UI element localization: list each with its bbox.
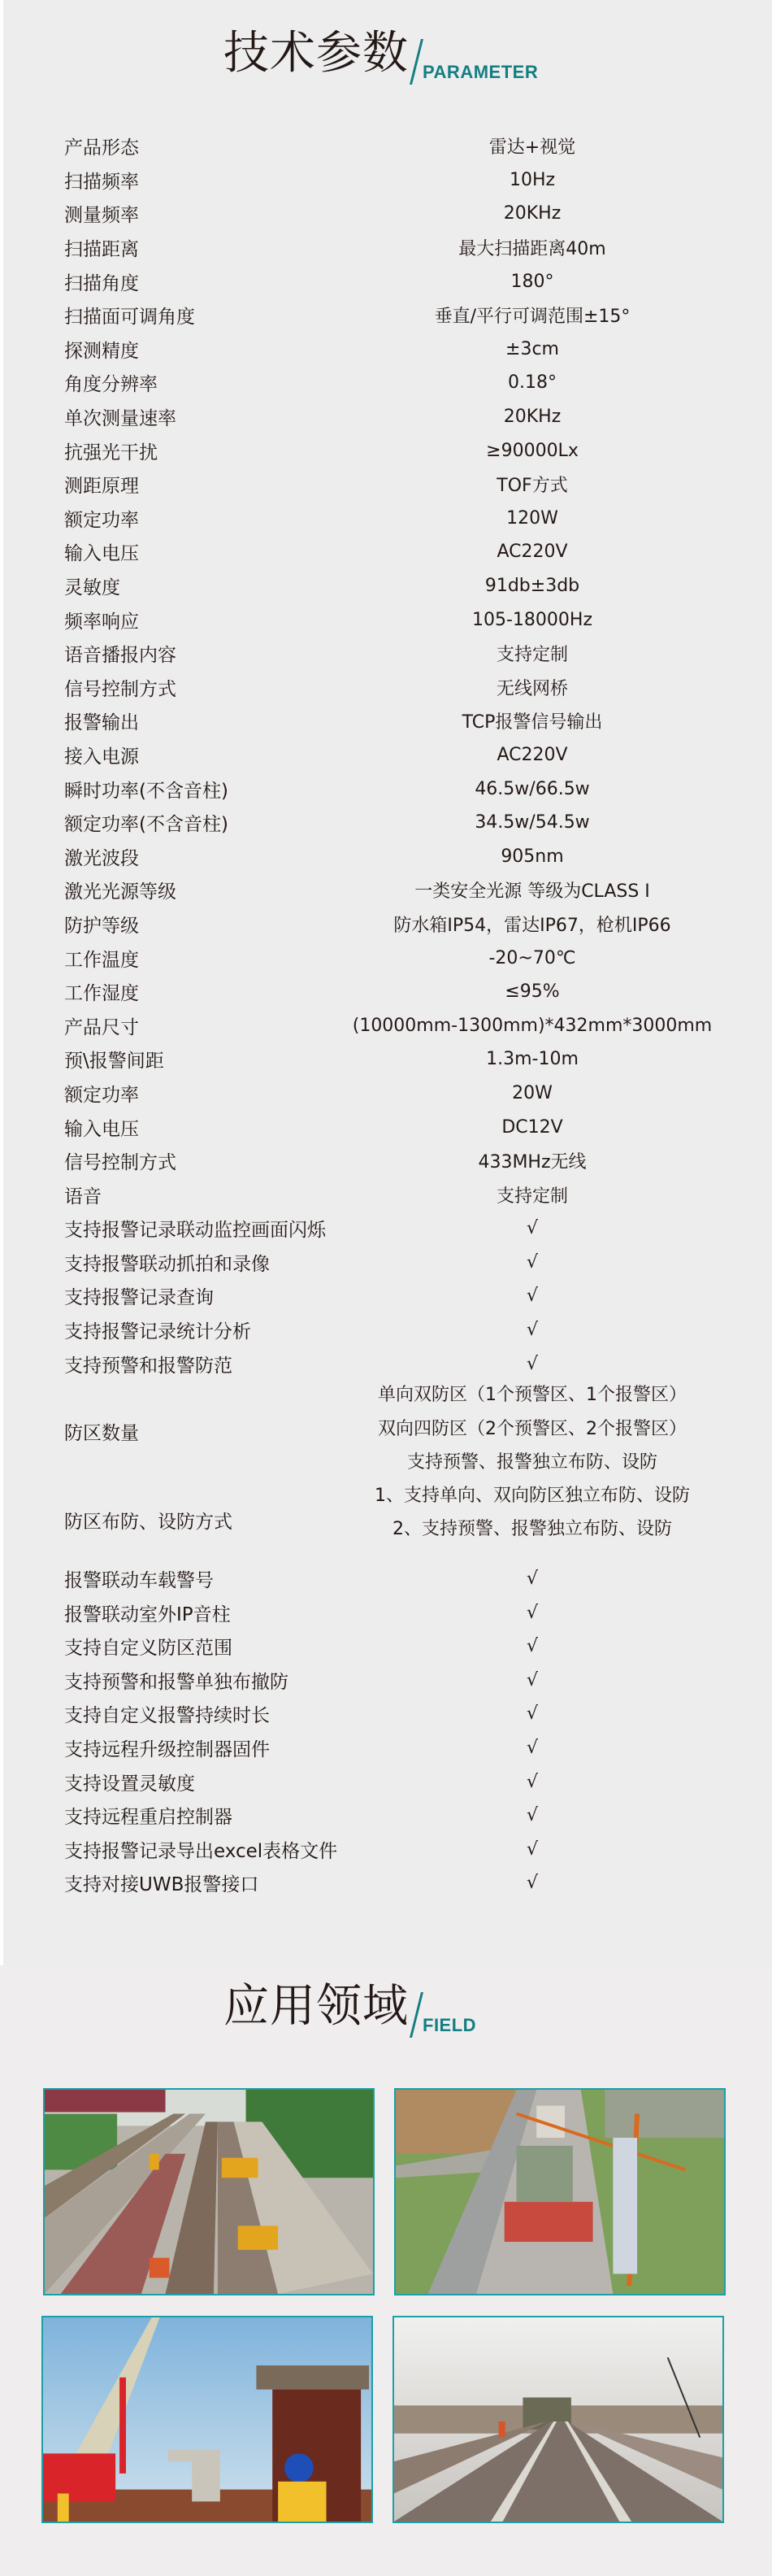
param-row: 报警联动室外IP音柱√ [0,1595,772,1630]
param-row: 支持自定义报警持续时长√ [0,1697,772,1731]
param-row: 语音支持定制 [0,1177,772,1212]
param-row: 支持设置灵敏度√ [0,1764,772,1799]
param-row: 支持报警联动抓拍和录像√ [0,1246,772,1280]
check-mark-icon: √ [288,1772,772,1792]
param-row: 测距原理TOF方式 [0,468,772,502]
param-label: 激光波段 [64,843,139,870]
param-label: 额定功率 [64,1080,139,1107]
param-label: 扫描距离 [64,234,139,261]
check-mark-icon: √ [288,1738,772,1758]
param-label: 信号控制方式 [64,674,176,701]
param-row: 瞬时功率(不含音柱)46.5w/66.5w [0,772,772,806]
param-row: 输入电压AC220V [0,535,772,569]
param-label: 扫描面可调角度 [64,302,195,329]
param-row: 报警联动车载警号√ [0,1562,772,1596]
param-row: 扫描频率10Hz [0,163,772,198]
param-row: 探测精度±3cm [0,333,772,367]
param-row: 支持对接UWB报警接口√ [0,1866,772,1900]
param-label: 产品尺寸 [64,1012,139,1039]
param-value-line: 支持预警、报警独立布防、设防 [288,1446,772,1480]
param-value: 20KHz [288,407,772,427]
param-value: 10Hz [288,170,772,190]
param-label: 支持预警和报警单独布撤防 [64,1667,288,1694]
param-value: 一类安全光源 等级为CLASS I [288,877,772,903]
field-title-en: FIELD [423,2017,476,2034]
check-mark-icon: √ [288,1354,772,1374]
param-value-line: 1、支持单向、双向防区独立布防、设防 [288,1479,772,1513]
param-row: 信号控制方式无线网桥 [0,671,772,705]
param-row: 输入电压DC12V [0,1110,772,1144]
param-value: 20W [288,1083,772,1103]
param-value: 支持定制 [288,1182,772,1207]
param-value: 20KHz [288,203,772,224]
param-label: 报警联动车载警号 [64,1565,214,1592]
param-value: 433MHz无线 [288,1148,772,1173]
param-label: 报警输出 [64,707,139,734]
param-label: 输入电压 [64,538,139,565]
param-row: 激光光源等级一类安全光源 等级为CLASS I [0,873,772,907]
param-row: 支持预警和报警防范√ [0,1347,772,1381]
param-row: 支持报警记录查询√ [0,1279,772,1313]
param-label: 抗强光干扰 [64,437,158,464]
param-label: 语音播报内容 [64,640,176,667]
param-row: 支持远程升级控制器固件√ [0,1731,772,1765]
param-row: 额定功率120W [0,502,772,536]
param-value: 105-18000Hz [288,610,772,630]
param-row: 支持报警记录导出excel表格文件√ [0,1833,772,1867]
check-mark-icon: √ [288,1252,772,1273]
param-row: 产品形态雷达+视觉 [0,129,772,163]
field-photo-bridge-pier [41,2316,373,2523]
param-label: 防区布防、设防方式 [64,1507,232,1534]
param-row: 抗强光干扰≥90000Lx [0,433,772,468]
param-row: 信号控制方式433MHz无线 [0,1144,772,1178]
param-value: -20~70℃ [288,948,772,968]
param-row: 报警输出TCP报警信号输出 [0,704,772,738]
check-mark-icon: √ [288,1873,772,1893]
param-row: 预\报警间距1.3m-10m [0,1042,772,1077]
param-row: 频率响应105-18000Hz [0,603,772,637]
param-value: 最大扫描距离40m [288,235,772,260]
param-row: 支持报警记录统计分析√ [0,1313,772,1347]
param-value: ≤95% [288,981,772,1002]
check-mark-icon: √ [288,1603,772,1623]
field-photo-railway-site [43,2088,375,2295]
param-value: (10000mm-1300mm)*432mm*3000mm [288,1016,772,1036]
param-value: 91db±3db [288,576,772,596]
param-row: 语音播报内容支持定制 [0,637,772,671]
param-value: AC220V [288,745,772,765]
param-row: 激光波段905nm [0,839,772,873]
param-label: 额定功率 [64,505,139,532]
param-value: 1.3m-10m [288,1049,772,1069]
param-label: 支持远程重启控制器 [64,1802,232,1829]
param-value: 0.18° [288,372,772,393]
param-row: 额定功率(不含音柱)34.5w/54.5w [0,806,772,840]
param-value: ±3cm [288,339,772,359]
param-label: 测距原理 [64,471,139,498]
param-row: 接入电源AC220V [0,738,772,772]
param-label: 防区数量 [64,1418,139,1445]
parameters-title-cn: 技术参数 [223,31,409,76]
param-row: 额定功率20W [0,1077,772,1111]
check-mark-icon: √ [288,1286,772,1306]
param-value: 180° [288,272,772,292]
param-label: 单次测量速率 [64,403,176,430]
param-value: 防水箱IP54，雷达IP67，枪机IP66 [288,912,772,937]
param-label: 产品形态 [64,133,139,159]
param-row: 支持自定义防区范围√ [0,1630,772,1664]
param-label: 工作湿度 [64,978,139,1005]
param-label: 接入电源 [64,742,139,768]
param-value: 905nm [288,846,772,867]
param-value-line: 2、支持预警、报警独立布防、设防 [288,1512,772,1547]
param-label: 信号控制方式 [64,1147,176,1174]
check-mark-icon: √ [288,1805,772,1825]
param-label: 工作温度 [64,945,139,972]
param-row: 支持远程重启控制器√ [0,1799,772,1833]
param-value: 雷达+视觉 [288,133,772,159]
param-value-line: 单向双防区（1个预警区、1个报警区） [288,1378,772,1412]
param-label: 支持报警记录查询 [64,1282,214,1309]
param-value: ≥90000Lx [288,441,772,461]
param-value: DC12V [288,1117,772,1138]
check-mark-icon: √ [288,1670,772,1690]
param-label: 瞬时功率(不含音柱) [64,776,228,803]
param-value: 无线网桥 [288,675,772,700]
param-row: 工作温度-20~70℃ [0,941,772,975]
param-label: 支持自定义防区范围 [64,1633,232,1660]
param-label: 频率响应 [64,607,139,633]
param-row: 支持预警和报警单独布撤防√ [0,1664,772,1698]
field-title-cn: 应用领域 [223,1984,409,2030]
param-value: 垂直/平行可调范围±15° [288,302,772,328]
param-label: 扫描角度 [64,268,139,295]
param-value: TCP报警信号输出 [288,708,772,733]
param-label: 支持预警和报警防范 [64,1351,232,1377]
param-value: AC220V [288,542,772,562]
field-photo-bridge-construction [394,2088,726,2295]
param-label: 支持远程升级控制器固件 [64,1734,270,1761]
field-title: 应用领域 FIELD [223,1984,476,2030]
param-label: 预\报警间距 [64,1046,164,1073]
param-label: 角度分辨率 [64,369,158,396]
param-label: 额定功率(不含音柱) [64,809,228,836]
param-label: 防护等级 [64,911,139,938]
check-mark-icon: √ [288,1218,772,1238]
title-slash-divider [410,1992,423,2038]
param-row: 产品尺寸(10000mm-1300mm)*432mm*3000mm [0,1008,772,1042]
param-label: 支持设置灵敏度 [64,1769,195,1795]
parameters-title: 技术参数 PARAMETER [223,31,538,76]
param-row: 扫描距离最大扫描距离40m [0,231,772,265]
param-label: 支持自定义报警持续时长 [64,1700,270,1727]
param-row: 支持报警记录联动监控画面闪烁√ [0,1212,772,1246]
param-row: 测量频率20KHz [0,197,772,231]
param-value: 120W [288,508,772,529]
param-label: 支持报警联动抓拍和录像 [64,1249,270,1276]
param-value: 46.5w/66.5w [288,779,772,799]
param-value: 34.5w/54.5w [288,812,772,833]
param-label: 支持报警记录联动监控画面闪烁 [64,1215,326,1242]
param-label: 激光光源等级 [64,877,176,903]
check-mark-icon: √ [288,1320,772,1340]
param-row: 单次测量速率20KHz [0,400,772,434]
param-label: 扫描频率 [64,167,139,194]
zone-arming-row: 防区布防、设防方式 1、支持单向、双向防区独立布防、设防 2、支持预警、报警独立… [0,1482,772,1562]
param-label: 语音 [64,1181,102,1208]
param-label: 支持报警记录统计分析 [64,1316,251,1343]
param-row: 防护等级防水箱IP54，雷达IP67，枪机IP66 [0,907,772,942]
parameters-title-en: PARAMETER [423,63,538,81]
param-label: 报警联动室外IP音柱 [64,1599,231,1626]
parameter-table: 产品形态雷达+视觉扫描频率10Hz测量频率20KHz扫描距离最大扫描距离40m扫… [0,129,772,1900]
param-row: 扫描角度180° [0,264,772,298]
param-row: 工作湿度≤95% [0,975,772,1009]
param-value: TOF方式 [288,472,772,497]
param-label: 灵敏度 [64,572,120,599]
param-label: 输入电压 [64,1114,139,1141]
param-row: 角度分辨率0.18° [0,366,772,400]
check-mark-icon: √ [288,1704,772,1724]
param-value-line: 双向四防区（2个预警区、2个报警区） [288,1412,772,1447]
check-mark-icon: √ [288,1839,772,1860]
param-value: 支持定制 [288,641,772,666]
check-mark-icon: √ [288,1569,772,1589]
zone-count-row: 防区数量 单向双防区（1个预警区、1个报警区） 双向四防区（2个预警区、2个报警… [0,1381,772,1482]
param-label: 探测精度 [64,336,139,363]
param-row: 灵敏度91db±3db [0,569,772,603]
check-mark-icon: √ [288,1636,772,1656]
param-row: 扫描面可调角度垂直/平行可调范围±15° [0,298,772,333]
param-label: 测量频率 [64,200,139,227]
param-label: 支持对接UWB报警接口 [64,1869,258,1896]
field-photo-railway-tracks [393,2316,724,2523]
